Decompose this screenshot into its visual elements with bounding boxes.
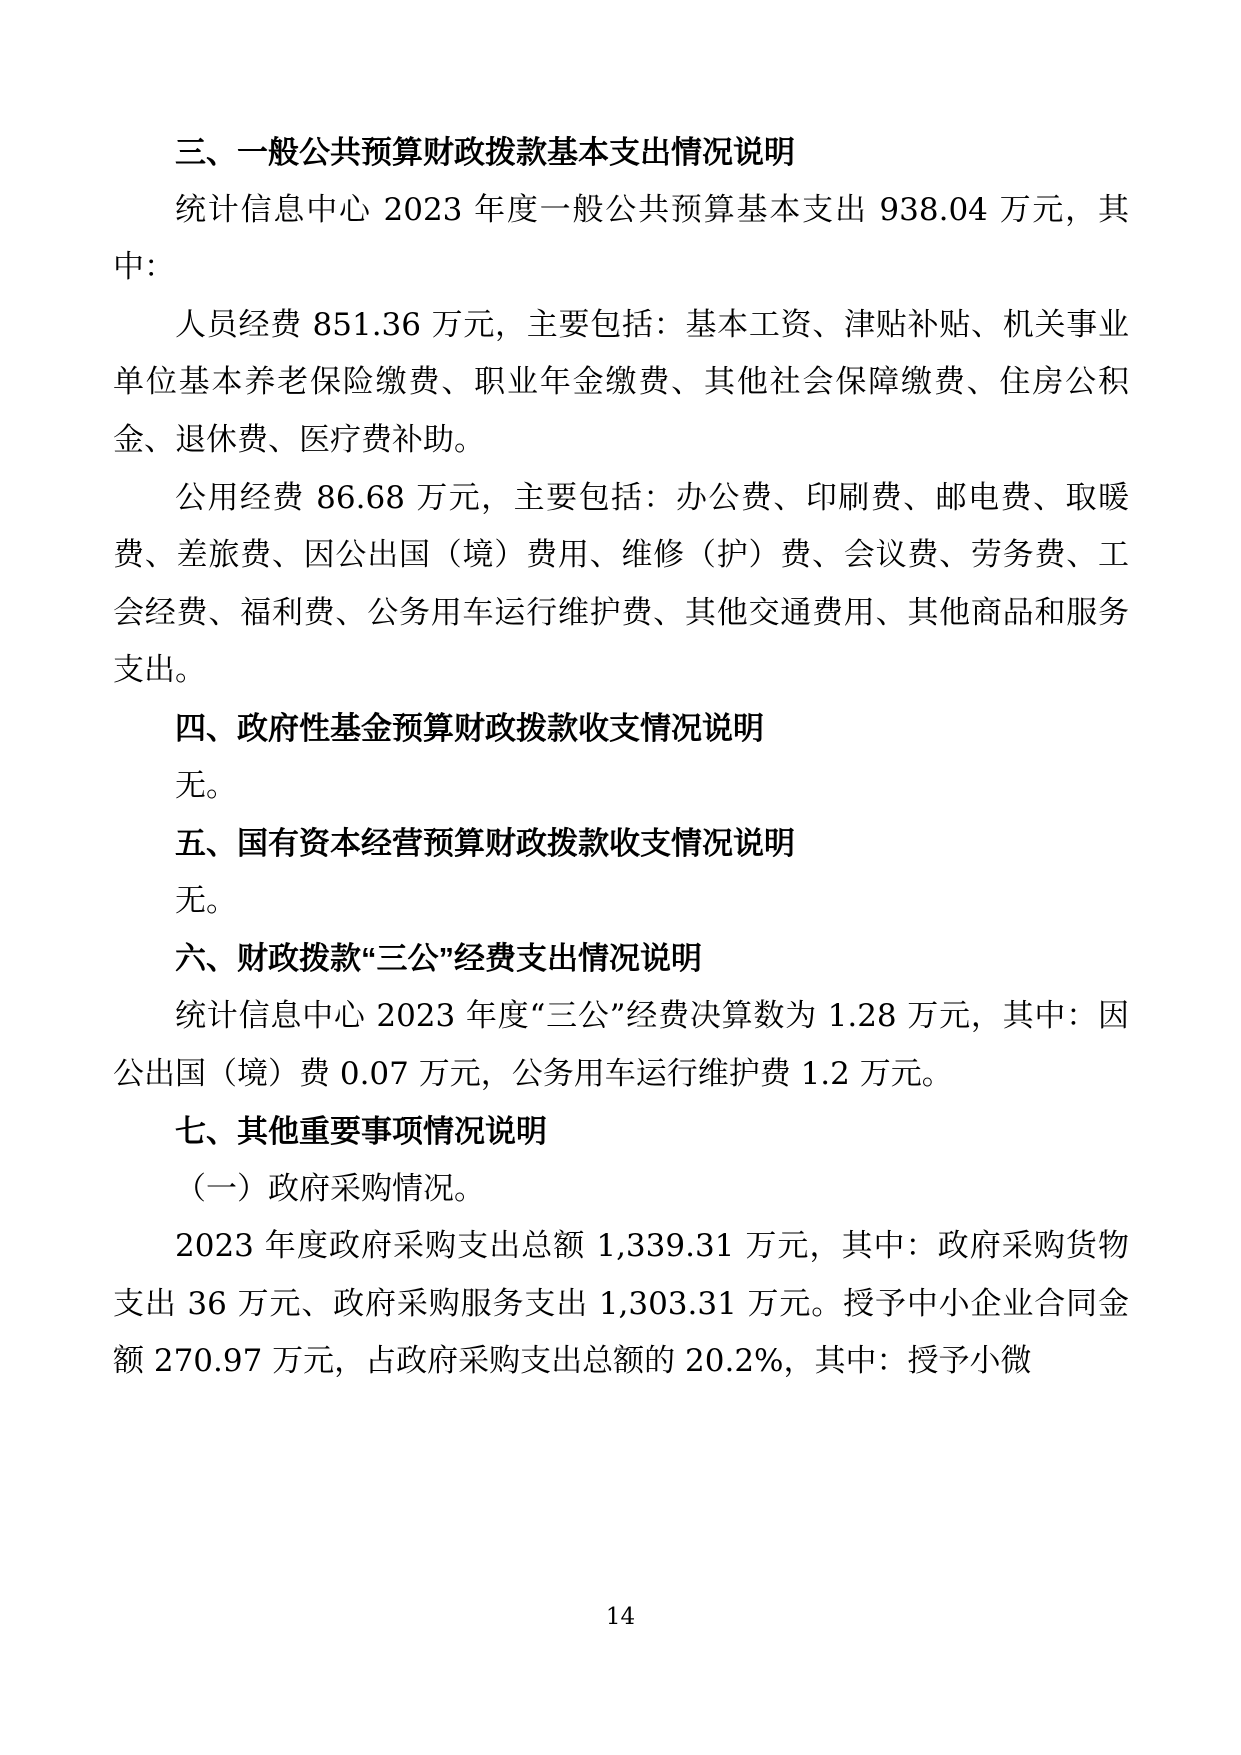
document-page: 三、一般公共预算财政拨款基本支出情况说明 统计信息中心 2023 年度一般公共预… [0, 0, 1241, 1755]
section-heading-basic-expenditure: 三、一般公共预算财政拨款基本支出情况说明 [113, 124, 1129, 182]
section-heading-three-public-funds: 六、财政拨款“三公”经费支出情况说明 [113, 930, 1129, 988]
section-heading-government-fund-budget: 四、政府性基金预算财政拨款收支情况说明 [113, 700, 1129, 758]
para-government-procurement-detail: 2023 年度政府采购支出总额 1,339.31 万元，其中：政府采购货物支出 … [113, 1218, 1129, 1391]
para-three-public-funds-detail: 统计信息中心 2023 年度“三公”经费决算数为 1.28 万元，其中：因公出国… [113, 988, 1129, 1103]
section-heading-state-capital-budget: 五、国有资本经营预算财政拨款收支情况说明 [113, 815, 1129, 873]
para-basic-expenditure-total: 统计信息中心 2023 年度一般公共预算基本支出 938.04 万元，其中： [113, 182, 1129, 297]
para-government-fund-none: 无。 [113, 758, 1129, 816]
para-state-capital-none: 无。 [113, 873, 1129, 931]
document-content: 三、一般公共预算财政拨款基本支出情况说明 统计信息中心 2023 年度一般公共预… [113, 124, 1129, 1391]
page-footer: 14 [0, 1604, 1241, 1630]
para-personnel-funds: 人员经费 851.36 万元，主要包括：基本工资、津贴补贴、机关事业单位基本养老… [113, 297, 1129, 470]
para-public-funds: 公用经费 86.68 万元，主要包括：办公费、印刷费、邮电费、取暖费、差旅费、因… [113, 470, 1129, 700]
page-number: 14 [606, 1604, 635, 1630]
section-heading-other-important-matters: 七、其他重要事项情况说明 [113, 1103, 1129, 1161]
para-government-procurement-subheading: （一）政府采购情况。 [113, 1161, 1129, 1219]
